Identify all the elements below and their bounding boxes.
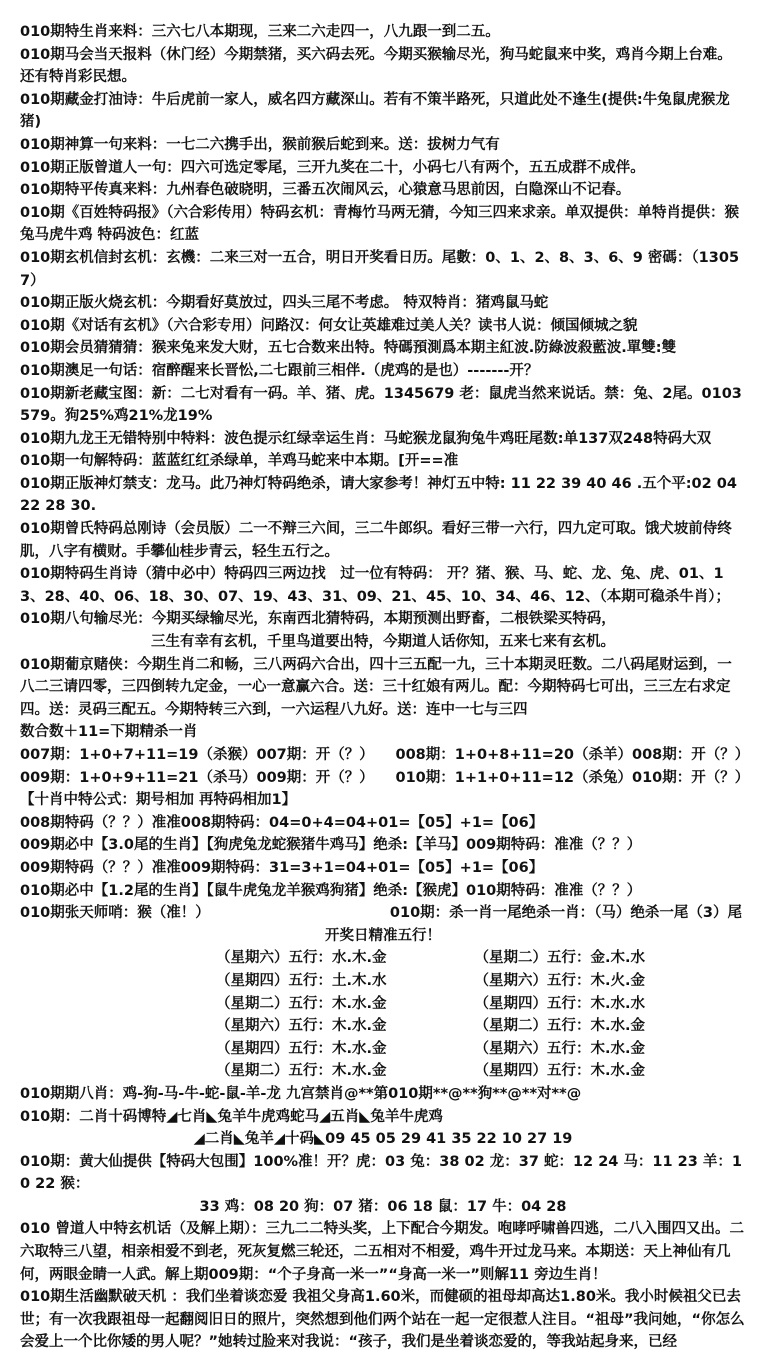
text-col-left: 010期张天师哨：猴（准！） [20, 902, 210, 925]
text-line: 010期藏金打油诗：牛后虎前一家人，威名四方藏深山。若有不策半路死，只道此处不逢… [20, 89, 746, 134]
text-line: 010期玄机信封玄机：玄機：二来三对一五合，明日开奖看日历。尾數：0、1、2、8… [20, 247, 746, 292]
text-col-left: （星期二）五行：木.水.金 [20, 993, 387, 1016]
text-line: 009期：1+0+9+11=21（杀马）009期：开（？） 010期：1+1+0… [20, 767, 746, 790]
text-line: 010期会员猜猜猜：猴来兔来发大财，五七合数来出特。特碼預測爲本期主紅波.防綠波… [20, 337, 746, 360]
text-col-right: （星期六）五行：木.水.金 [387, 1038, 646, 1061]
text-line: 010期一句解特码：蓝蓝红红杀绿单，羊鸡马蛇来中本期。[开==准 [20, 450, 746, 473]
text-line: 010期期八肖：鸡-狗-马-牛-蛇-鼠-羊-龙 九宫禁肖@**第010期**@*… [20, 1083, 746, 1106]
text-line: 010期正版神灯禁支：龙马。此乃神灯特码绝杀，请大家参考！神灯五中特: 11 2… [20, 473, 746, 518]
text-col-right: （星期二）五行：木.水.金 [387, 1015, 646, 1038]
text-line: 009期特码（？？）准准009期特码：31=3+1=04+01=【05】+1=【… [20, 857, 746, 880]
text-col-right: 010期：杀一肖一尾绝杀一肖：（马）绝杀一尾（3）尾 [390, 902, 746, 925]
text-line: （星期二）五行：木.水.金（星期四）五行：木.水.金 [20, 1060, 746, 1083]
text-line: 开奖日精准五行！ [20, 925, 746, 948]
text-line: 009期必中【3.0尾的生肖】【狗虎兔龙蛇猴猪牛鸡马】绝杀:【羊马】009期特码… [20, 834, 746, 857]
text-line: 010期澳足一句话：宿醉醒来长晋忪,二七跟前三相伴.（虎鸡的是也）-------… [20, 360, 746, 383]
text-line: （星期四）五行：土.木.水（星期六）五行：木.火.金 [20, 970, 746, 993]
text-line: 010期神算一句来料：一七二六携手出，猴前猴后蛇到来。送：拔树力气有 [20, 134, 746, 157]
text-line: （星期四）五行：木.水.金（星期六）五行：木.水.金 [20, 1038, 746, 1061]
text-line: 010期新老藏宝图：新：二七对看有一码。羊、猪、虎。1345679 老：鼠虎当然… [20, 383, 746, 428]
text-col-left: （星期六）五行：水.木.金 [20, 947, 387, 970]
text-line: 010期曾氏特码总刚诗（会员版）二一不辩三六间，三二牛郎织。看好三带一六行，四九… [20, 518, 746, 563]
text-line: 010期正版火烧玄机：今期看好莫放过，四头三尾不考虑。 特双特肖：猪鸡鼠马蛇 [20, 292, 746, 315]
text-line: 33 鸡：08 20 狗：07 猪：06 18 鼠：17 牛：04 28 [20, 1196, 746, 1219]
text-line: 010期马会当天报料（休门经）今期禁猪，买六码去死。今期买猴输尽光，狗马蛇鼠来中… [20, 44, 746, 89]
text-line: （星期二）五行：木.水.金（星期四）五行：木.水.水 [20, 993, 746, 1016]
text-line: 010期：黄大仙提供【特码大包围】100%准！开？虎：03 兔：38 02 龙：… [20, 1151, 746, 1196]
text-line: 010期特平传真来料：九州春色破晓明，三番五次闹风云，心猿意马思前因，白隐深山不… [20, 179, 746, 202]
text-col-left: （星期二）五行：木.水.金 [20, 1060, 387, 1083]
text-line: （星期六）五行：木.水.金（星期二）五行：木.水.金 [20, 1015, 746, 1038]
text-line: 010期特码生肖诗（猜中必中）特码四三两边找 过一位有特码： 开？猪、猴、马、蛇… [20, 563, 746, 608]
text-line: 数合数＋11=下期精杀一肖 [20, 721, 746, 744]
text-line: （星期六）五行：水.木.金（星期二）五行：金.木.水 [20, 947, 746, 970]
text-line: 010期张天师哨：猴（准！）010期：杀一肖一尾绝杀一肖：（马）绝杀一尾（3）尾 [20, 902, 746, 925]
text-line: 010期九龙王无错特别中特料：波色提示红绿幸运生肖：马蛇猴龙鼠狗兔牛鸡旺尾数:单… [20, 428, 746, 451]
lottery-tips-document: 010期特生肖来料：三六七八本期现，三来二六走四一，八九跟一到二五。010期马会… [0, 0, 758, 1360]
text-line: 007期：1+0+7+11=19（杀猴）007期：开（？） 008期：1+0+8… [20, 744, 746, 767]
text-line: 010期必中【1.2尾的生肖】【鼠牛虎兔龙羊猴鸡狗猪】绝杀:【猴虎】010期特码… [20, 880, 746, 903]
text-col-left: （星期六）五行：木.水.金 [20, 1015, 387, 1038]
text-line: 010期葡京赌侠：今期生肖二和畅，三八两码六合出，四十三五配一九，三十本期灵旺数… [20, 654, 746, 722]
text-line: 008期特码（？？）准准008期特码：04=0+4=04+01=【05】+1=【… [20, 812, 746, 835]
text-line: 010期：二肖十码博特◢七肖◣兔羊牛虎鸡蛇马◢五肖◣兔羊牛虎鸡 [20, 1106, 746, 1129]
text-line: ◢二肖◣兔羊◢十码◣09 45 05 29 41 35 22 10 27 19 [20, 1128, 746, 1151]
text-line: 010期正版曾道人一句：四六可选定零尾，三开九奖在二十，小码七八有两个，五五成群… [20, 157, 746, 180]
text-col-right: （星期六）五行：木.火.金 [387, 970, 646, 993]
text-col-right: （星期四）五行：木.水.水 [387, 993, 646, 1016]
text-col-left: （星期四）五行：木.水.金 [20, 1038, 387, 1061]
text-col-left: （星期四）五行：土.木.水 [20, 970, 387, 993]
text-line: 【十肖中特公式：期号相加 再特码相加1】 [20, 789, 746, 812]
text-col-right: （星期四）五行：木.水.金 [387, 1060, 646, 1083]
text-line: 010期《百姓特码报》（六合彩传用）特码玄机：青梅竹马两无猜，今知三四来求亲。单… [20, 202, 746, 247]
text-line: 010期八句输尽光：今期买绿输尽光，东南西北猜特码，本期预测出野畜，二根铁梁买特… [20, 608, 746, 631]
document-body: 010期特生肖来料：三六七八本期现，三来二六走四一，八九跟一到二五。010期马会… [20, 21, 746, 1354]
text-line: 010期《对话有玄机》（六合彩专用）问路汉：何女让英雄难过美人关？读书人说：倾国… [20, 315, 746, 338]
text-line: 010期生活幽默破天机 ：我们坐着谈恋爱 我祖父身高1.60米，而健硕的祖母却高… [20, 1286, 746, 1354]
text-line: 三生有幸有玄机，千里鸟道要出特，今期道人话你知，五来七来有玄机。 [20, 631, 746, 654]
text-line: 010期特生肖来料：三六七八本期现，三来二六走四一，八九跟一到二五。 [20, 21, 746, 44]
text-line: 010 曾道人中特玄机话（及解上期）：三九二二特头奖，上下配合今期发。咆哮呼啸兽… [20, 1218, 746, 1286]
text-col-right: （星期二）五行：金.木.水 [387, 947, 646, 970]
